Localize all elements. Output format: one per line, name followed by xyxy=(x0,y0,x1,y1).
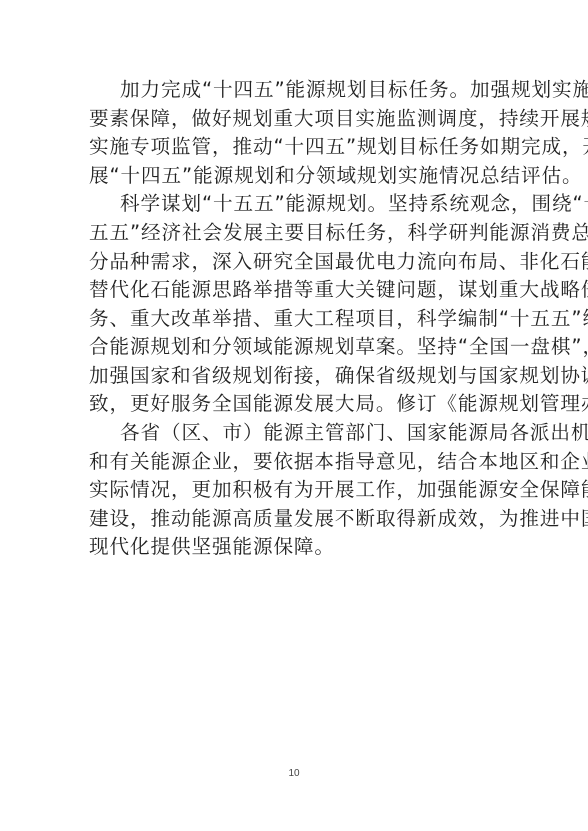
page-number: 10 xyxy=(0,768,588,779)
text-line: 各省（区、市）能源主管部门、国家能源局各派出机构 xyxy=(120,419,540,447)
text-line: 科学谋划“十五五”能源规划。坚持系统观念，围绕“十 xyxy=(120,190,540,218)
text-line: 加强国家和省级规划衔接，确保省级规划与国家规划协调一 xyxy=(89,362,509,390)
text-line: 实际情况，更加积极有为开展工作，加强能源安全保障能力 xyxy=(89,476,509,504)
text-line: 展“十四五”能源规划和分领域规划实施情况总结评估。 xyxy=(89,162,509,190)
text-line: 五五”经济社会发展主要目标任务，科学研判能源消费总量、 xyxy=(89,219,509,247)
text-line: 分品种需求，深入研究全国最优电力流向布局、非化石能源 xyxy=(89,248,509,276)
text-line: 实施专项监管，推动“十四五”规划目标任务如期完成，开 xyxy=(89,133,509,161)
text-line: 致，更好服务全国能源发展大局。修订《能源规划管理办法》。 xyxy=(89,390,509,418)
text-line: 要素保障，做好规划重大项目实施监测调度，持续开展规划 xyxy=(89,105,509,133)
text-line: 务、重大改革举措、重大工程项目，科学编制“十五五”综 xyxy=(89,305,509,333)
text-line: 现代化提供坚强能源保障。 xyxy=(89,533,509,561)
text-line: 加力完成“十四五”能源规划目标任务。加强规划实施 xyxy=(120,76,540,104)
text-line: 和有关能源企业，要依据本指导意见，结合本地区和企业的 xyxy=(89,448,509,476)
text-line: 建设，推动能源高质量发展不断取得新成效，为推进中国式 xyxy=(89,505,509,533)
text-line: 合能源规划和分领域能源规划草案。坚持“全国一盘棋”， xyxy=(89,333,509,361)
text-line: 替代化石能源思路举措等重大关键问题，谋划重大战略任 xyxy=(89,276,509,304)
document-page: 加力完成“十四五”能源规划目标任务。加强规划实施 要素保障，做好规划重大项目实施… xyxy=(0,0,588,831)
